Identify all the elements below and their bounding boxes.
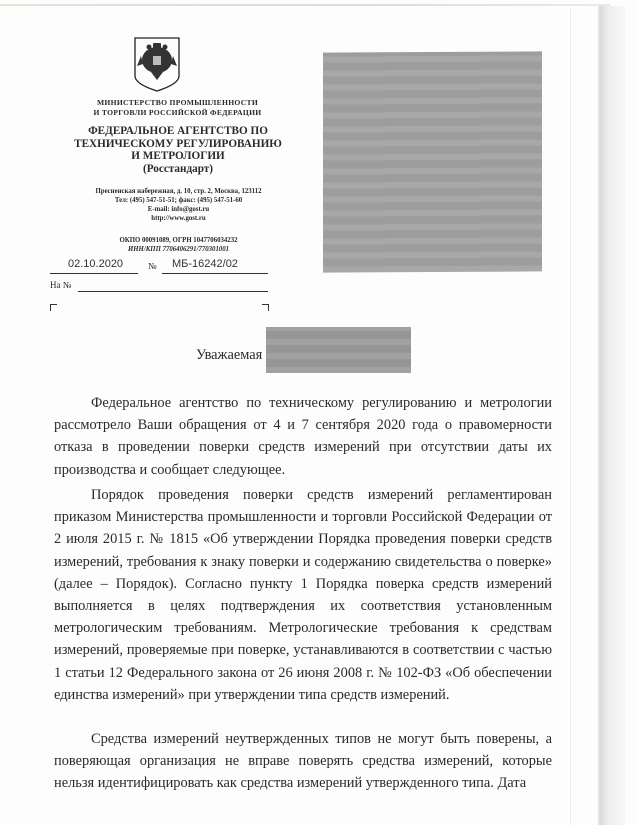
body-paragraph-2: Порядок проведения поверки средств измер…	[54, 484, 552, 714]
address-corner-left	[50, 304, 57, 311]
ministry-line-1: МИНИСТЕРСТВО ПРОМЫШЛЕННОСТИ	[60, 98, 295, 108]
address-corner-right	[262, 304, 269, 311]
agency-short-name: (Росстандарт)	[48, 163, 308, 176]
paragraph-text: Федеральное агентство по техническому ре…	[54, 392, 552, 481]
paragraph-text: Порядок проведения поверки средств измер…	[54, 484, 552, 706]
scan-top-edge	[0, 4, 610, 6]
scan-page-edge-shadow	[597, 6, 625, 825]
scan-fold-line	[570, 8, 571, 825]
agency-line-3: И МЕТРОЛОГИИ	[48, 150, 308, 163]
ministry-line-2: И ТОРГОВЛИ РОССИЙСКОЙ ФЕДЕРАЦИИ	[60, 108, 295, 118]
date-underline	[50, 273, 138, 274]
reference-underline	[78, 291, 268, 292]
number-underline	[162, 273, 268, 274]
ministry-name: МИНИСТЕРСТВО ПРОМЫШЛЕННОСТИ И ТОРГОВЛИ Р…	[60, 98, 295, 118]
coat-of-arms-icon	[133, 36, 181, 93]
letter-date: 02.10.2020	[68, 258, 123, 270]
website: http://www.gost.ru	[56, 214, 301, 223]
address: Пресненская набережная, д. 10, стр. 2, М…	[56, 187, 301, 196]
registration-row: 02.10.2020 № МБ-16242/02	[50, 258, 270, 274]
letter-number: МБ-16242/02	[172, 258, 238, 270]
email: E-mail: info@gost.ru	[56, 205, 301, 214]
salutation: Уважаемая	[196, 347, 262, 364]
redacted-addressee-block	[323, 51, 542, 272]
agency-line-2: ТЕХНИЧЕСКОМУ РЕГУЛИРОВАНИЮ	[48, 138, 308, 151]
agency-name: ФЕДЕРАЛЬНОЕ АГЕНТСТВО ПО ТЕХНИЧЕСКОМУ РЕ…	[48, 125, 308, 175]
phone-fax: Тел: (495) 547-51-51; факс: (495) 547-51…	[56, 196, 301, 205]
redacted-addressee-name	[266, 327, 411, 373]
body-paragraph-1: Федеральное агентство по техническому ре…	[54, 392, 552, 489]
agency-line-1: ФЕДЕРАЛЬНОЕ АГЕНТСТВО ПО	[48, 125, 308, 138]
number-label: №	[148, 261, 157, 271]
reference-row: На №	[50, 280, 270, 294]
paragraph-text: Средства измерений неутвержденных типов …	[54, 728, 552, 795]
registry-codes: ОКПО 00091089, ОГРН 1047706034232 ИНН/КП…	[56, 236, 301, 254]
okpo-ogrn: ОКПО 00091089, ОГРН 1047706034232	[56, 236, 301, 245]
inn-kpp: ИНН/КПП 7706406291/770301001	[56, 245, 301, 254]
reference-label: На №	[50, 280, 71, 290]
body-paragraph-3: Средства измерений неутвержденных типов …	[54, 728, 552, 803]
contact-block: Пресненская набережная, д. 10, стр. 2, М…	[56, 187, 301, 223]
